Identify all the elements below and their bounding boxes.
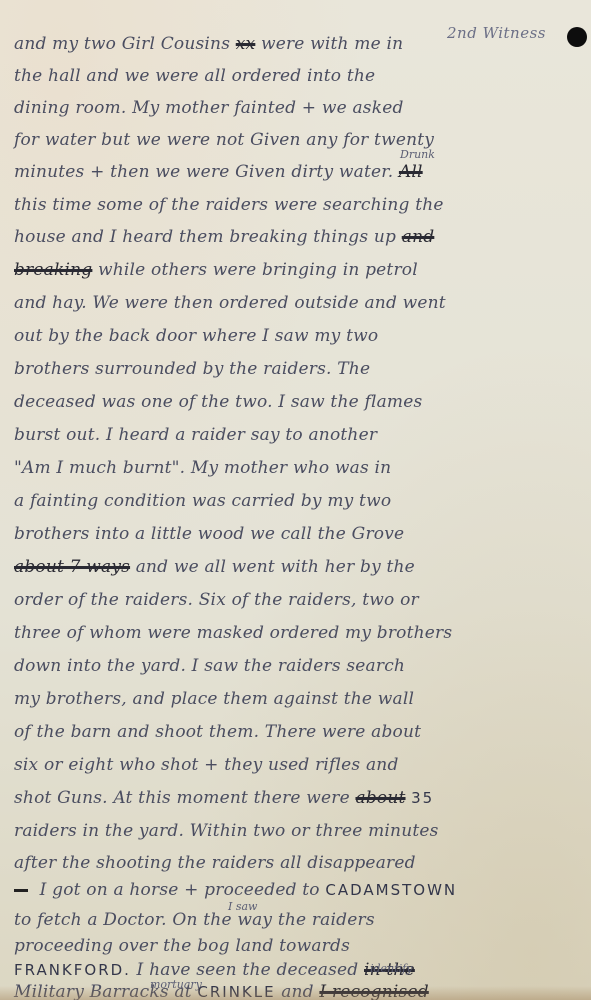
manuscript-line-20: down into the yard. I saw the raiders se…	[14, 656, 405, 676]
dash-mark	[14, 889, 28, 892]
manuscript-line-30: FRANKFORD. I have seen the deceased in t…	[14, 960, 415, 980]
manuscript-line-18: order of the raiders. Six of the raiders…	[14, 590, 419, 610]
insertion-identify: identify	[370, 962, 412, 975]
manuscript-line-17: about 7 ways and we all went with her by…	[14, 557, 415, 577]
manuscript-line-29: proceeding over the bog land towards	[14, 936, 350, 956]
punch-hole	[567, 27, 587, 47]
manuscript-line-9: and hay. We were then ordered outside an…	[14, 293, 446, 313]
manuscript-line-25: raiders in the yard. Within two or three…	[14, 821, 439, 841]
manuscript-line-8: breaking while others were bringing in p…	[14, 260, 418, 280]
manuscript-line-13: burst out. I heard a raider say to anoth…	[14, 425, 377, 445]
manuscript-line-1: and my two Girl Cousins xx were with me …	[14, 34, 403, 54]
manuscript-line-12: deceased was one of the two. I saw the f…	[14, 392, 422, 412]
manuscript-line-26: after the shooting the raiders all disap…	[14, 853, 416, 873]
manuscript-line-21: my brothers, and place them against the …	[14, 689, 414, 709]
manuscript-line-7: house and I heard them breaking things u…	[14, 227, 434, 247]
manuscript-page: 2nd Witness and my two Girl Cousins xx w…	[0, 0, 591, 1000]
manuscript-line-27: I got on a horse + proceeded to CADAMSTO…	[14, 880, 457, 900]
manuscript-line-16: brothers into a little wood we call the …	[14, 524, 404, 544]
manuscript-line-31: Military Barracks at CRINKLE and I recog…	[14, 982, 429, 1000]
manuscript-line-19: three of whom were masked ordered my bro…	[14, 623, 452, 643]
manuscript-line-15: a fainting condition was carried by my t…	[14, 491, 391, 511]
manuscript-line-14: "Am I much burnt". My mother who was in	[14, 458, 391, 478]
manuscript-line-4: for water but we were not Given any for …	[14, 130, 434, 150]
insertion-drunk: Drunk	[400, 148, 435, 161]
manuscript-line-11: brothers surrounded by the raiders. The	[14, 359, 370, 379]
margin-note: 2nd Witness	[447, 24, 546, 42]
manuscript-line-6: this time some of the raiders were searc…	[14, 195, 444, 215]
manuscript-line-2: the hall and we were all ordered into th…	[14, 66, 375, 86]
manuscript-line-3: dining room. My mother fainted + we aske…	[14, 98, 404, 118]
manuscript-line-10: out by the back door where I saw my two	[14, 326, 378, 346]
manuscript-line-22: of the barn and shoot them. There were a…	[14, 722, 421, 742]
manuscript-line-23: six or eight who shot + they used rifles…	[14, 755, 399, 775]
manuscript-line-5: minutes + then we were Given dirty water…	[14, 162, 423, 182]
manuscript-line-28: to fetch a Doctor. On the way the raider…	[14, 910, 375, 930]
manuscript-line-24: shot Guns. At this moment there were abo…	[14, 788, 434, 808]
